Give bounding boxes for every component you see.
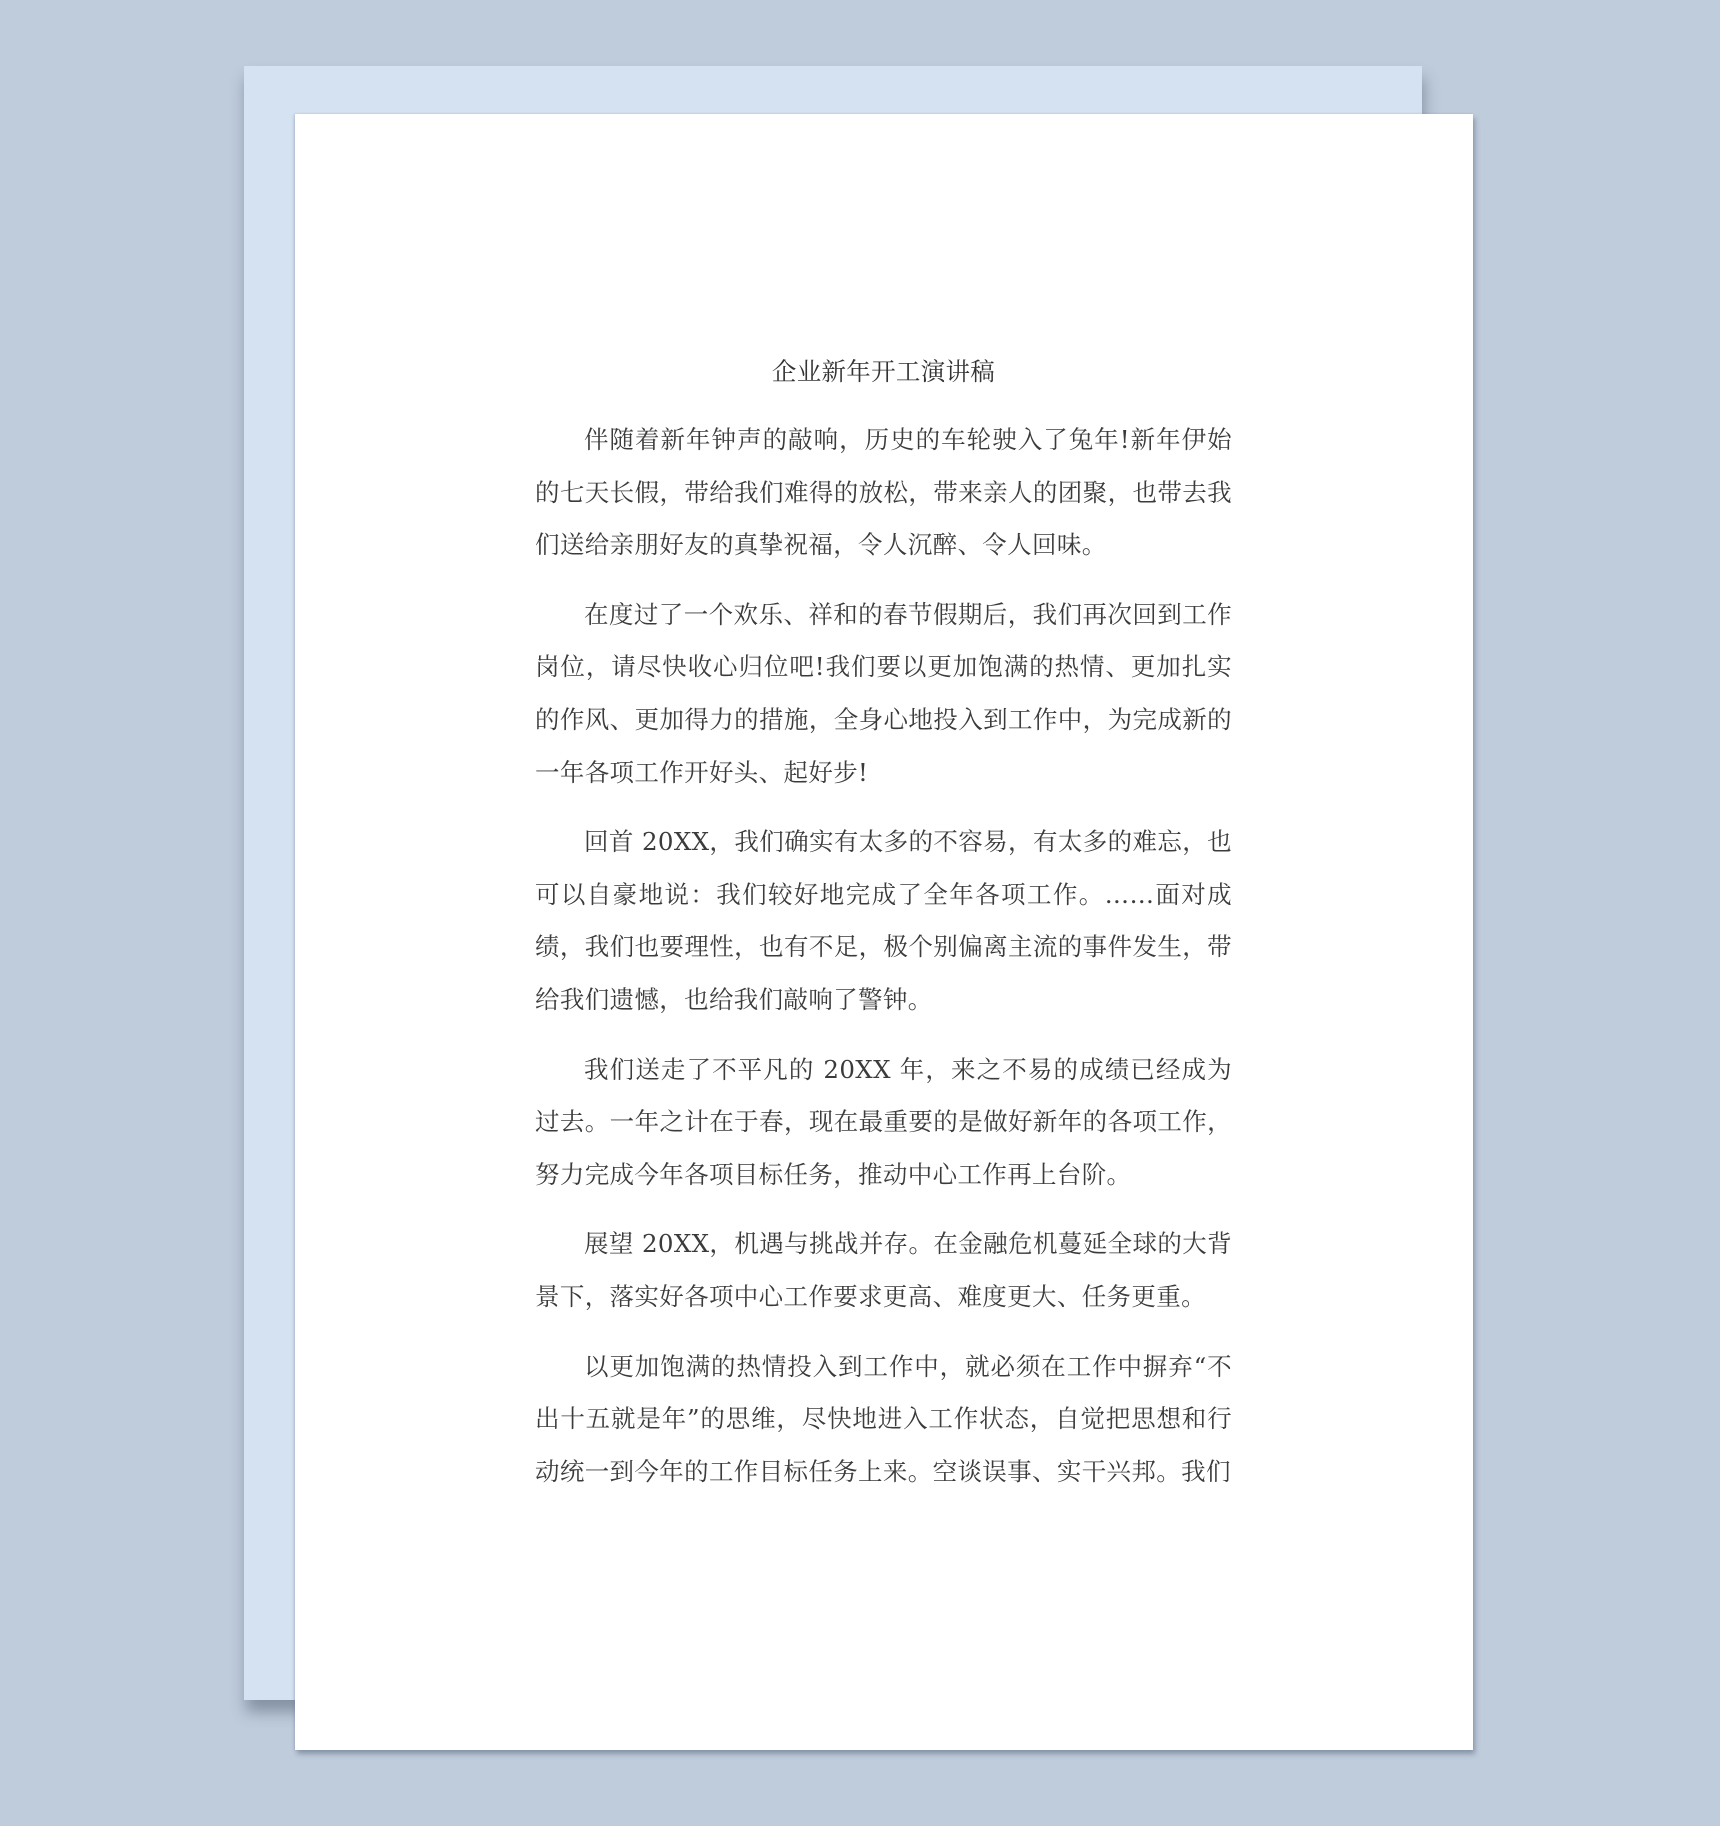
paragraph: 回首 20XX，我们确实有太多的不容易，有太多的难忘，也可以自豪地说：我们较好地… bbox=[535, 816, 1232, 1026]
paragraph: 伴随着新年钟声的敲响，历史的车轮驶入了兔年!新年伊始的七天长假，带给我们难得的放… bbox=[535, 414, 1232, 572]
document-page: 企业新年开工演讲稿 伴随着新年钟声的敲响，历史的车轮驶入了兔年!新年伊始的七天长… bbox=[295, 114, 1473, 1750]
paragraph: 展望 20XX，机遇与挑战并存。在金融危机蔓延全球的大背景下，落实好各项中心工作… bbox=[535, 1218, 1232, 1323]
paragraph: 我们送走了不平凡的 20XX 年，来之不易的成绩已经成为过去。一年之计在于春，现… bbox=[535, 1044, 1232, 1202]
document-body: 伴随着新年钟声的敲响，历史的车轮驶入了兔年!新年伊始的七天长假，带给我们难得的放… bbox=[535, 414, 1232, 1515]
paragraph: 以更加饱满的热情投入到工作中，就必须在工作中摒弃“不出十五就是年”的思维，尽快地… bbox=[535, 1341, 1232, 1499]
paragraph: 在度过了一个欢乐、祥和的春节假期后，我们再次回到工作岗位，请尽快收心归位吧!我们… bbox=[535, 589, 1232, 799]
document-title: 企业新年开工演讲稿 bbox=[535, 357, 1232, 387]
